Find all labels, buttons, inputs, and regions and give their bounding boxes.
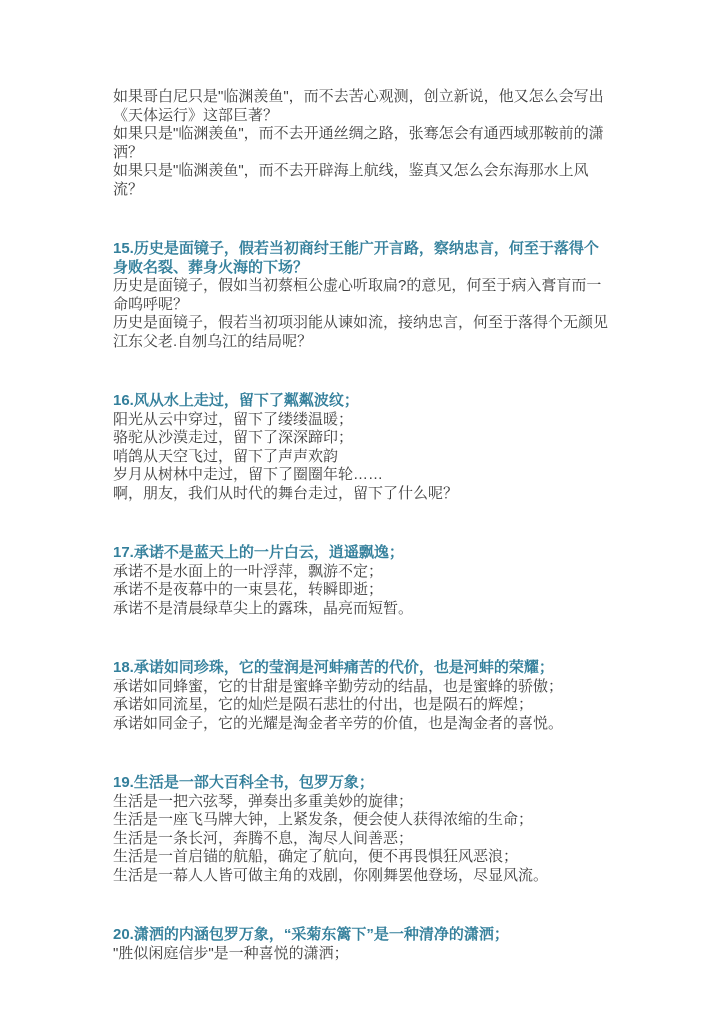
section-heading: 15.历史是面镜子，假若当初商纣王能广开言路，察纳忠言，何至于落得个身败名裂、葬… (113, 240, 612, 277)
paragraph: 如果哥白尼只是"临渊羡鱼"，而不去苦心观测，创立新说，他又怎么会写出《天体运行》… (113, 88, 612, 125)
document-section: 20.潇洒的内涵包罗万象，“采菊东篱下”是一种清净的潇洒； "胜似闲庭信步"是一… (113, 926, 612, 963)
document-section: 19.生活是一部大百科全书，包罗万象； 生活是一把六弦琴，弹奏出多重美妙的旋律；… (113, 774, 612, 885)
paragraph: 阳光从云中穿过，留下了缕缕温暖； (113, 411, 612, 430)
paragraph: 承诺如同流星，它的灿烂是陨石悲壮的付出，也是陨石的辉煌； (113, 696, 612, 715)
document-section: 17.承诺不是蓝天上的一片白云，逍遥飘逸； 承诺不是水面上的一叶浮萍，飘游不定；… (113, 544, 612, 618)
paragraph: 承诺如同金子，它的光耀是淘金者辛劳的价值，也是淘金者的喜悦。 (113, 715, 612, 734)
document-page: 如果哥白尼只是"临渊羡鱼"，而不去苦心观测，创立新说，他又怎么会写出《天体运行》… (0, 0, 724, 1024)
paragraph: 历史是面镜子，假若当初项羽能从谏如流，接纳忠言，何至于落得个无颜见江东父老.自刎… (113, 314, 612, 351)
paragraph: 啊，朋友，我们从时代的舞台走过，留下了什么呢？ (113, 485, 612, 504)
section-heading: 16.风从水上走过，留下了粼粼波纹； (113, 392, 612, 411)
paragraph: 承诺不是夜幕中的一束昙花，转瞬即逝； (113, 581, 612, 600)
paragraph: 生活是一座飞马牌大钟，上紧发条，便会使人获得浓缩的生命； (113, 811, 612, 830)
paragraph: 生活是一首启锚的航船，确定了航向，便不再畏惧狂风恶浪； (113, 848, 612, 867)
paragraph: 承诺不是水面上的一叶浮萍，飘游不定； (113, 563, 612, 582)
document-section: 18.承诺如同珍珠，它的莹润是河蚌痛苦的代价，也是河蚌的荣耀； 承诺如同蜂蜜，它… (113, 659, 612, 733)
section-heading: 18.承诺如同珍珠，它的莹润是河蚌痛苦的代价，也是河蚌的荣耀； (113, 659, 612, 678)
paragraph: 骆驼从沙漠走过，留下了深深蹄印； (113, 429, 612, 448)
paragraph: 哨鸽从天空飞过，留下了声声欢韵 (113, 448, 612, 467)
document-section: 16.风从水上走过，留下了粼粼波纹； 阳光从云中穿过，留下了缕缕温暖；骆驼从沙漠… (113, 392, 612, 503)
paragraph: 如果只是"临渊羡鱼"，而不去开辟海上航线，鉴真又怎么会东海那水上风流？ (113, 162, 612, 199)
paragraph: "胜似闲庭信步"是一种喜悦的潇洒； (113, 945, 612, 964)
paragraph: 生活是一条长河，奔腾不息，淘尽人间善恶； (113, 830, 612, 849)
paragraph: 承诺不是清晨绿草尖上的露珠，晶亮而短暂。 (113, 600, 612, 619)
paragraph: 承诺如同蜂蜜，它的甘甜是蜜蜂辛勤劳动的结晶，也是蜜蜂的骄傲； (113, 678, 612, 697)
paragraph: 如果只是"临渊羡鱼"，而不去开通丝绸之路，张骞怎会有通西域那鞍前的潇洒？ (113, 125, 612, 162)
section-heading: 20.潇洒的内涵包罗万象，“采菊东篱下”是一种清净的潇洒； (113, 926, 612, 945)
document-section: 15.历史是面镜子，假若当初商纣王能广开言路，察纳忠言，何至于落得个身败名裂、葬… (113, 240, 612, 351)
document-section: 如果哥白尼只是"临渊羡鱼"，而不去苦心观测，创立新说，他又怎么会写出《天体运行》… (113, 88, 612, 199)
document-body: 如果哥白尼只是"临渊羡鱼"，而不去苦心观测，创立新说，他又怎么会写出《天体运行》… (113, 88, 612, 963)
paragraph: 生活是一把六弦琴，弹奏出多重美妙的旋律； (113, 793, 612, 812)
paragraph: 历史是面镜子，假如当初蔡桓公虚心听取扁?的意见，何至于病入膏肓而一命呜呼呢？ (113, 277, 612, 314)
paragraph: 生活是一幕人人皆可做主角的戏剧，你刚舞罢他登场，尽显风流。 (113, 867, 612, 886)
section-heading: 19.生活是一部大百科全书，包罗万象； (113, 774, 612, 793)
section-heading: 17.承诺不是蓝天上的一片白云，逍遥飘逸； (113, 544, 612, 563)
paragraph: 岁月从树林中走过，留下了圈圈年轮…… (113, 466, 612, 485)
